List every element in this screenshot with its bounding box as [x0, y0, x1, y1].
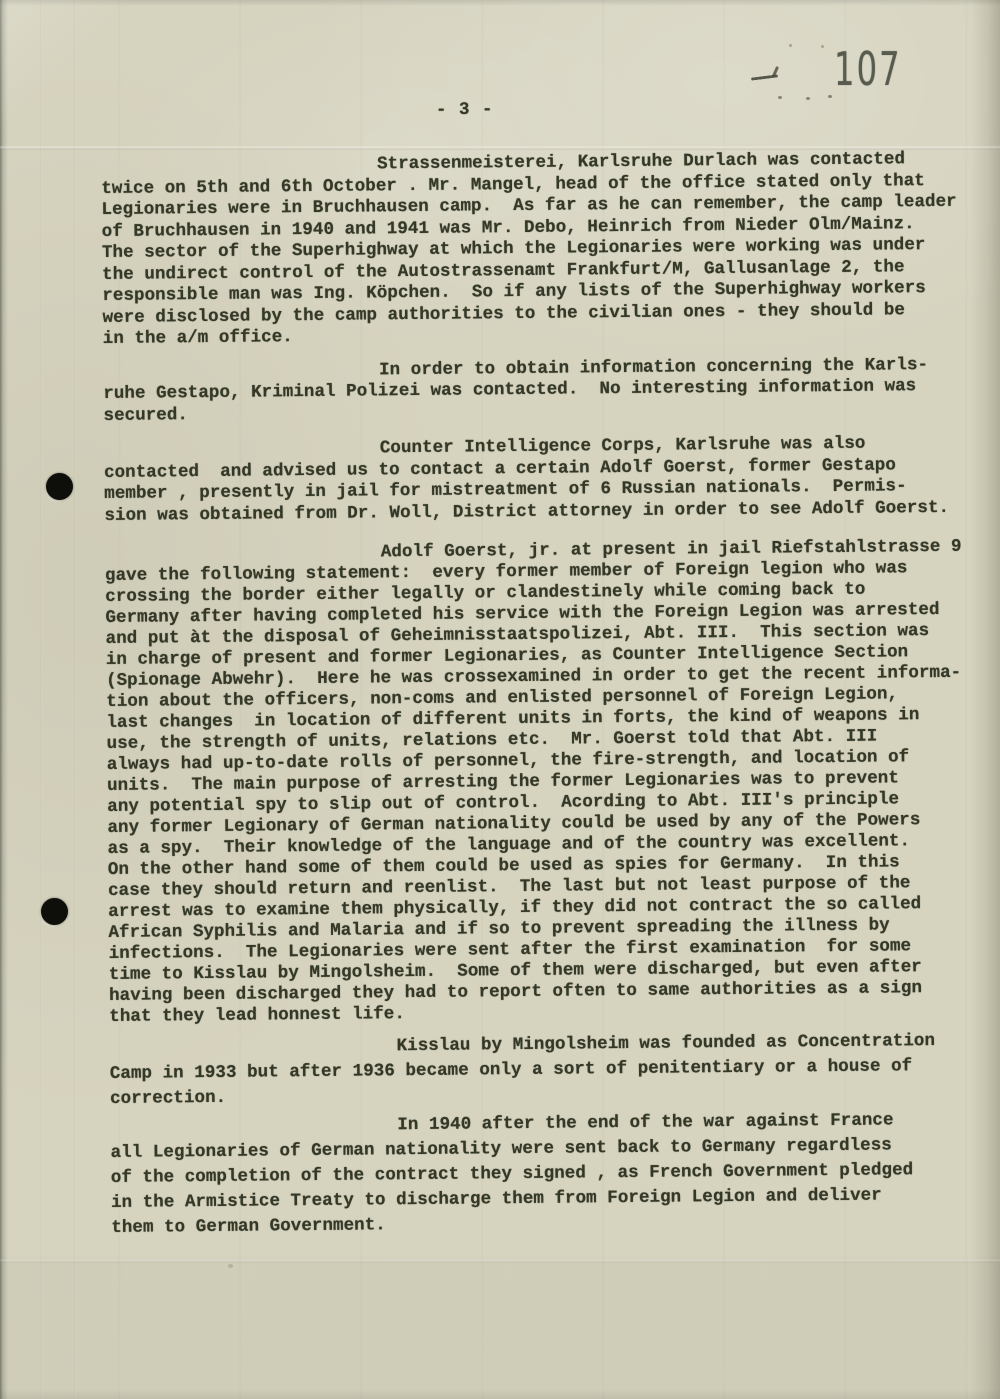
paragraph-gestapo-contact: In order to obtain information concernin…: [103, 354, 984, 427]
vertical-crease: [40, 0, 42, 1399]
page-number: - 3 -: [436, 100, 494, 120]
paragraph-goerst-statement: Adolf Goerst, jr. at present in jail Rie…: [105, 537, 990, 1028]
horizontal-crease: [0, 1259, 1000, 1263]
paragraph-1940-repatriation: In 1940 after the end of the war against…: [110, 1108, 991, 1241]
ink-speck: [228, 1264, 233, 1268]
punch-hole-bottom: [41, 898, 68, 925]
typed-text-block: Strassenmeisterei, Karlsruhe Durlach was…: [101, 149, 991, 1241]
stamped-sheet-number: 107: [834, 46, 902, 92]
ink-speck: [806, 97, 810, 100]
paragraph-cic-contact: Counter Intelligence Corps, Karlsruhe wa…: [104, 433, 985, 527]
paragraph-kisslau: Kisslau by Mingolsheim was founded as Co…: [109, 1029, 990, 1112]
ink-speck: [789, 44, 792, 47]
paragraph-strassenmeisterei: Strassenmeisterei, Karlsruhe Durlach was…: [101, 149, 983, 351]
ink-speck: [828, 95, 832, 98]
scanned-document-page: 107 - 3 - Strassenmeisterei, Karlsruhe D…: [0, 0, 1000, 1399]
punch-hole-top: [46, 473, 73, 500]
vertical-crease: [74, 0, 76, 1399]
ink-speck: [821, 45, 824, 48]
paper-fold-corner: [0, 0, 150, 150]
ink-speck: [778, 96, 782, 99]
